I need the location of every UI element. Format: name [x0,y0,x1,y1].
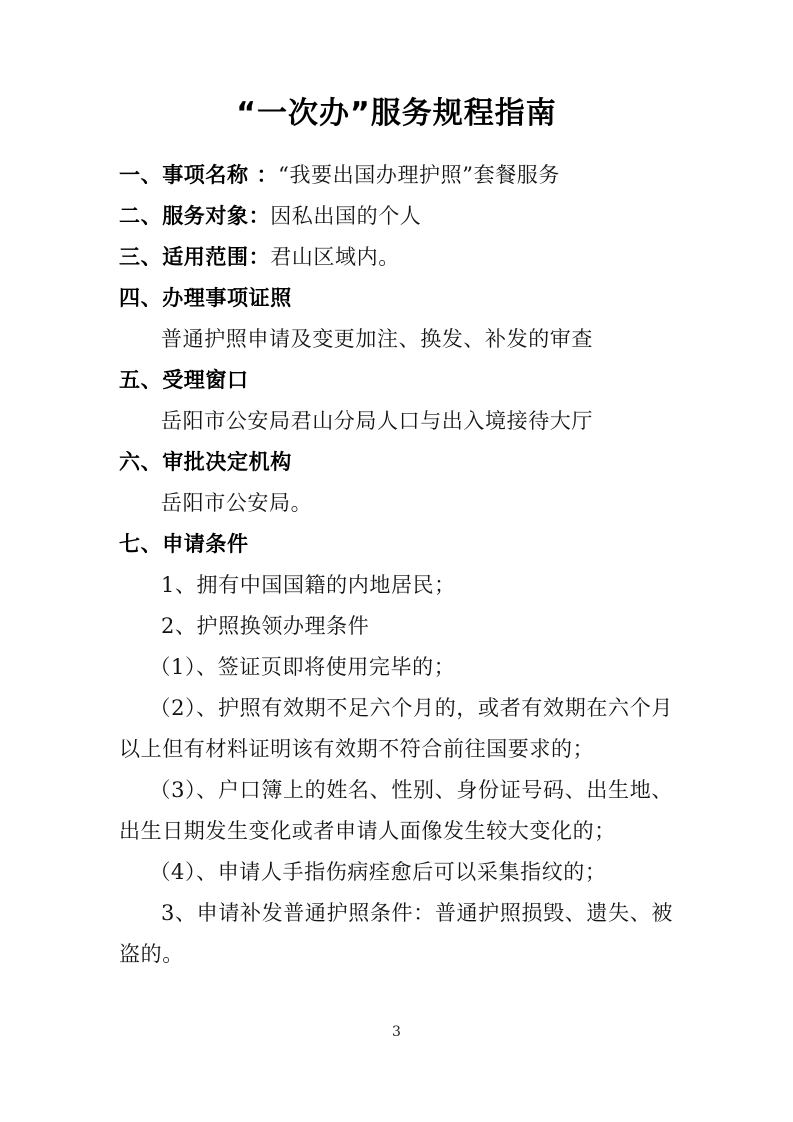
section-label: 一、事项名称 ： [119,163,278,187]
section-value: “我要出国办理护照”套餐服务 [278,163,560,187]
condition-sub-3: （3）、户口簿上的姓名、性别、身份证号码、出生地、出生日期发生变化或者申请人面像… [119,770,673,852]
section-item-scope: 三、适用范围：君山区域内。 [119,237,673,278]
paragraph: 岳阳市公安局君山分局人口与出入境接待大厅 [119,401,673,442]
section-item-target: 二、服务对象：因私出国的个人 [119,196,673,237]
page-title: “一次办”服务规程指南 [0,0,793,133]
section-heading-conditions: 七、申请条件 [119,524,673,565]
section-heading-authority: 六、审批决定机构 [119,442,673,483]
condition-item-2: 2、护照换领办理条件 [119,606,673,647]
section-heading-certificates: 四、办理事项证照 [119,278,673,319]
section-value: 君山区域内。 [270,245,400,269]
document-body: 一、事项名称 ：“我要出国办理护照”套餐服务 二、服务对象：因私出国的个人 三、… [119,155,673,975]
section-value: 因私出国的个人 [270,204,421,228]
section-label: 三、适用范围： [119,245,270,269]
condition-sub-2: （2）、护照有效期不足六个月的，或者有效期在六个月以上但有材料证明该有效期不符合… [119,688,673,770]
condition-item-1: 1、拥有中国国籍的内地居民； [119,565,673,606]
section-label: 二、服务对象： [119,204,270,228]
paragraph: 岳阳市公安局。 [119,483,673,524]
document-page: “一次办”服务规程指南 一、事项名称 ：“我要出国办理护照”套餐服务 二、服务对… [0,0,793,1122]
paragraph: 普通护照申请及变更加注、换发、补发的审查 [119,319,673,360]
condition-item-3: 3、申请补发普通护照条件：普通护照损毁、遗失、被盗的。 [119,893,673,975]
page-number: 3 [0,1022,793,1042]
condition-sub-4: （4）、申请人手指伤病痊愈后可以采集指纹的； [119,852,673,893]
condition-sub-1: （1）、签证页即将使用完毕的； [119,647,673,688]
section-item-name: 一、事项名称 ：“我要出国办理护照”套餐服务 [119,155,673,196]
section-heading-window: 五、受理窗口 [119,360,673,401]
